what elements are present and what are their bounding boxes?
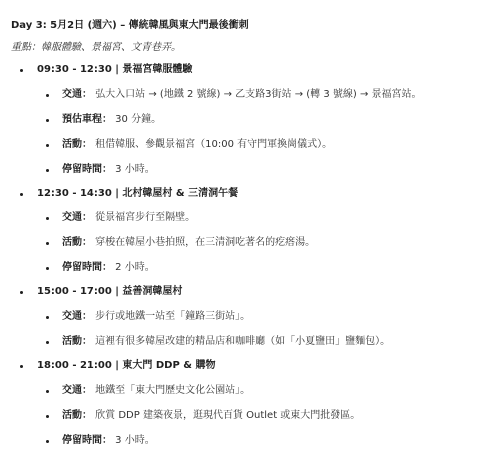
- list-item: 活動： 這裡有很多韓屋改建的精品店和咖啡廳（如「小夏鹽田」鹽麵包）。: [62, 335, 390, 349]
- item-label: 停留時間：: [62, 435, 112, 446]
- bullet-icon: [46, 217, 49, 220]
- list-item: 預估車程： 30 分鐘。: [62, 113, 161, 127]
- bullet-icon: [20, 291, 23, 294]
- item-value: 穿梭在韓屋小巷拍照，在三清洞吃著名的疙瘩湯。: [92, 237, 315, 248]
- bullet-icon: [46, 415, 49, 418]
- item-value: 30 分鐘。: [112, 114, 161, 125]
- bullet-icon: [46, 169, 49, 172]
- bullet-icon: [20, 365, 23, 368]
- bullet-icon: [20, 69, 23, 72]
- section-title: 15:00 - 17:00 | 益善洞韓屋村: [37, 285, 182, 299]
- bullet-icon: [46, 440, 49, 443]
- bullet-icon: [46, 94, 49, 97]
- list-item: 停留時間： 3 小時。: [62, 434, 155, 448]
- item-value: 從景福宮步行至隔壁。: [92, 212, 195, 223]
- section-title-text: 15:00 - 17:00 | 益善洞韓屋村: [37, 286, 182, 297]
- item-value: 這裡有很多韓屋改建的精品店和咖啡廳（如「小夏鹽田」鹽麵包）。: [92, 336, 390, 347]
- item-label: 交通：: [62, 212, 92, 223]
- section-title: 09:30 - 12:30 | 景福宮韓服體驗: [37, 63, 192, 77]
- item-value: 3 小時。: [112, 435, 155, 446]
- item-label: 交通：: [62, 385, 92, 396]
- day-heading: Day 3: 5月2日 (週六) – 傳統韓風與東大門最後衝刺: [11, 16, 249, 31]
- list-item: 停留時間： 2 小時。: [62, 261, 155, 275]
- item-label: 交通：: [62, 89, 92, 100]
- bullet-icon: [46, 242, 49, 245]
- item-label: 停留時間：: [62, 164, 112, 175]
- item-label: 交通：: [62, 311, 92, 322]
- item-value: 3 小時。: [112, 164, 155, 175]
- item-label: 停留時間：: [62, 262, 112, 273]
- item-value: 2 小時。: [112, 262, 155, 273]
- item-label: 活動：: [62, 237, 92, 248]
- item-value: 弘大入口站 → (地鐵 2 號線) → 乙支路3街站 → (轉 3 號線) → …: [92, 89, 422, 100]
- list-item: 活動： 欣賞 DDP 建築夜景，逛現代百貨 Outlet 或東大門批發區。: [62, 409, 360, 423]
- item-label: 活動：: [62, 139, 92, 150]
- list-item: 停留時間： 3 小時。: [62, 163, 155, 177]
- list-item: 交通： 弘大入口站 → (地鐵 2 號線) → 乙支路3街站 → (轉 3 號線…: [62, 88, 422, 102]
- item-value: 欣賞 DDP 建築夜景，逛現代百貨 Outlet 或東大門批發區。: [92, 410, 360, 421]
- list-item: 交通： 地鐵至「東大門歷史文化公園站」。: [62, 384, 250, 398]
- item-label: 活動：: [62, 410, 92, 421]
- bullet-icon: [46, 119, 49, 122]
- list-item: 活動： 租借韓服、參觀景福宮（10:00 有守門軍換崗儀式）。: [62, 138, 332, 152]
- bullet-icon: [46, 390, 49, 393]
- item-value: 地鐵至「東大門歷史文化公園站」。: [92, 385, 250, 396]
- bullet-icon: [46, 267, 49, 270]
- section-title-text: 18:00 - 21:00 | 東大門 DDP & 購物: [37, 360, 216, 371]
- bullet-icon: [46, 316, 49, 319]
- bullet-icon: [46, 341, 49, 344]
- section-title: 12:30 - 14:30 | 北村韓屋村 & 三清洞午餐: [37, 187, 238, 201]
- section-title: 18:00 - 21:00 | 東大門 DDP & 購物: [37, 359, 216, 373]
- list-item: 交通： 步行或地鐵一站至「鐘路三街站」。: [62, 310, 250, 324]
- list-item: 活動： 穿梭在韓屋小巷拍照，在三清洞吃著名的疙瘩湯。: [62, 236, 315, 250]
- bullet-icon: [46, 144, 49, 147]
- item-label: 活動：: [62, 336, 92, 347]
- item-value: 租借韓服、參觀景福宮（10:00 有守門軍換崗儀式）。: [92, 139, 332, 150]
- day-subtitle: 重點：韓服體驗、景福宮、文青巷弄。: [11, 38, 181, 53]
- list-item: 交通： 從景福宮步行至隔壁。: [62, 211, 195, 225]
- section-title-text: 09:30 - 12:30 | 景福宮韓服體驗: [37, 64, 192, 75]
- item-label: 預估車程：: [62, 114, 112, 125]
- section-title-text: 12:30 - 14:30 | 北村韓屋村 & 三清洞午餐: [37, 188, 238, 199]
- bullet-icon: [20, 193, 23, 196]
- item-value: 步行或地鐵一站至「鐘路三街站」。: [92, 311, 250, 322]
